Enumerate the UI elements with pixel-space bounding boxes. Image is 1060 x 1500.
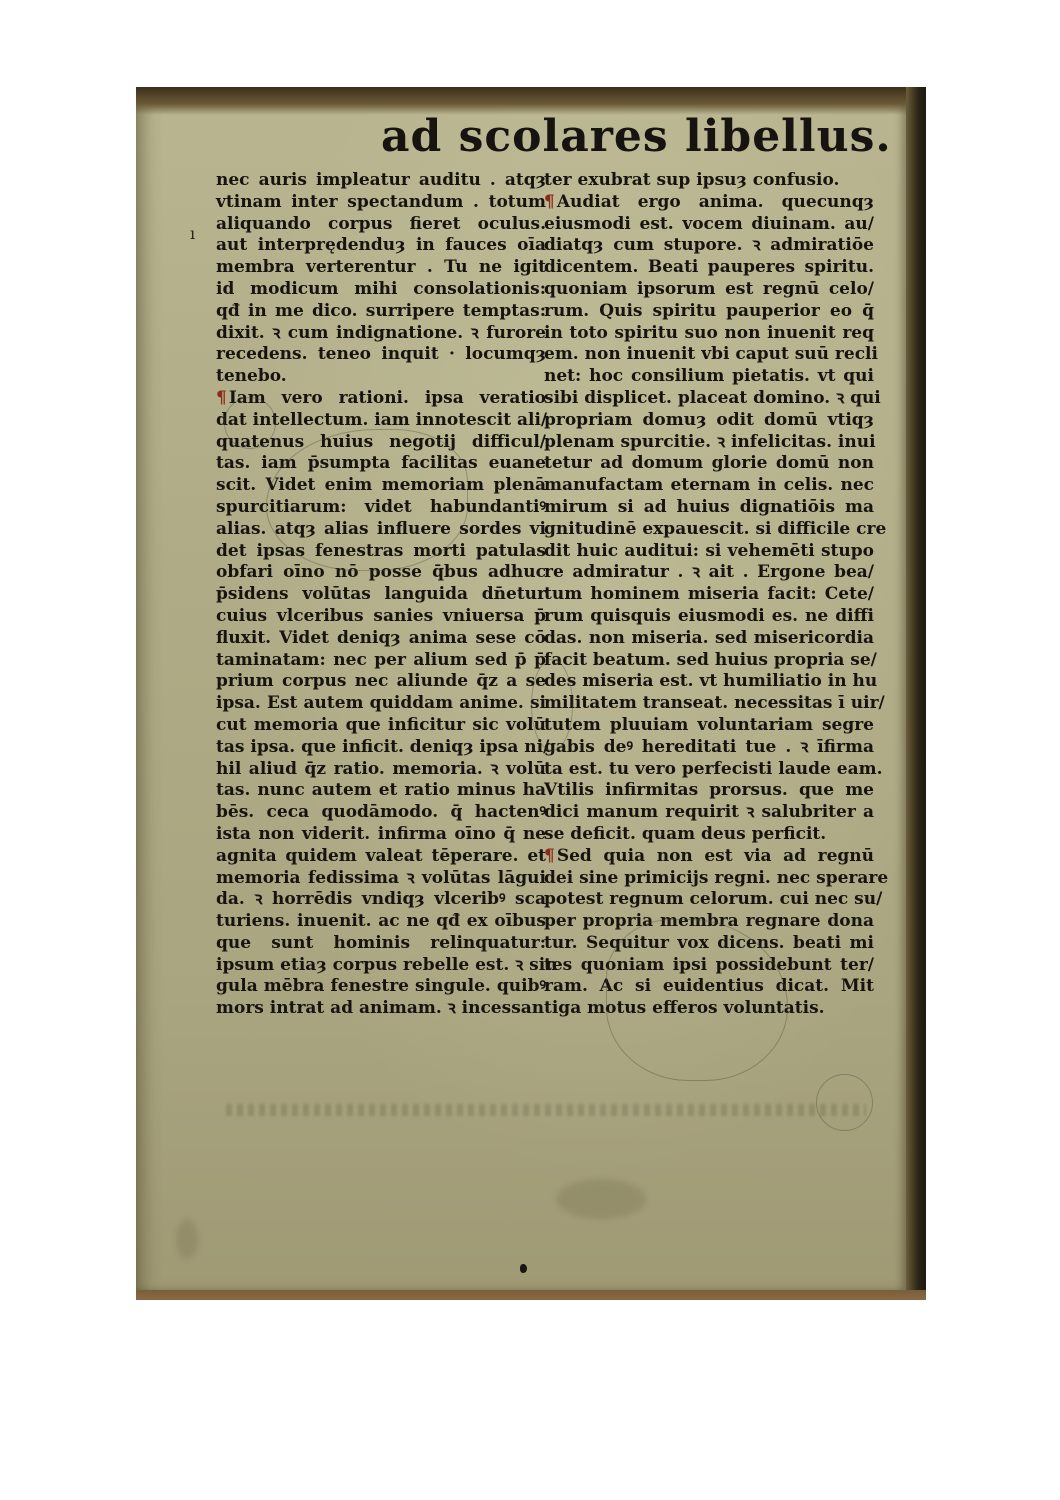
text-line: turiens. inuenit. ac ne qđ ex oībus: [216, 911, 546, 933]
text-line: aut interprędenduȝ in fauces oīa: [216, 235, 546, 257]
text-line: mors intrat ad animam. ꝛ incessan: [216, 998, 546, 1020]
text-line: dixit. ꝛ cum indignatione. ꝛ furore: [216, 323, 546, 345]
paper-leaf: ad scolares libellus. ı nec auris implea…: [136, 99, 906, 1292]
text-line: militatem transeat. necessitas ī uir/: [544, 693, 874, 715]
text-line: re admiratur . ꝛ ait . Ergone bea/: [544, 562, 874, 584]
text-line: ipsum etiaȝ corpus rebelle est. ꝛ sin: [216, 955, 546, 977]
paragraph-mark-icon: ¶: [544, 192, 555, 212]
text-line: ¶Sed quia non est via ad regnū: [544, 846, 874, 868]
text-line: in toto spiritu suo non inuenit req: [544, 323, 874, 345]
text-line-content: Audiat ergo anima. quecunqȝ: [557, 192, 874, 212]
text-line: dit huic auditui: si vehemēti stupo: [544, 541, 874, 563]
bottom-edge: [136, 1290, 926, 1300]
text-line: em. non inuenit vbi caput suū recli: [544, 344, 874, 366]
text-line: hil aliud q̄z ratio. memoria. ꝛ volū: [216, 759, 546, 781]
text-line: membra verterentur . Tu ne igit: [216, 257, 546, 279]
text-line: aliquando corpus fieret oculus.: [216, 214, 546, 236]
running-head: ad scolares libellus.: [381, 111, 892, 162]
text-line: ter exubrat sup ipsuȝ confusio.: [544, 170, 874, 192]
text-line: diatqȝ cum stupore. ꝛ admiratiōe: [544, 235, 874, 257]
footer-mark: [520, 1264, 527, 1273]
right-column: ter exubrat sup ipsuȝ confusio.¶Audiat e…: [544, 170, 874, 1020]
pencil-annotation: [816, 1074, 873, 1131]
text-line: gula mēbra fenestre singule. quibꝰ: [216, 976, 546, 998]
text-line: se deficit. quam deus perficit.: [544, 824, 874, 846]
text-line: agnita quidem valeat tēperare. et: [216, 846, 546, 868]
text-line: dici manum requirit ꝛ salubriter a: [544, 802, 874, 824]
text-line: ipsa. Est autem quiddam anime. si: [216, 693, 546, 715]
text-line: tum hominem miseria facit: Cete/: [544, 584, 874, 606]
text-line: gabis deꝰ hereditati tue . ꝛ īfirma: [544, 737, 874, 759]
text-line: recedens. teneo inquit · locumqȝ: [216, 344, 546, 366]
text-line: mirum si ad huius dignatiōis ma: [544, 497, 874, 519]
text-line: rum. Quis spiritu pauperior eo q̄: [544, 301, 874, 323]
text-line: cuius vlceribus sanies vniuersa p̄: [216, 606, 546, 628]
text-line: manufactam eternam in celis. nec: [544, 475, 874, 497]
text-line: fluxit. Videt deniqȝ anima sese cō: [216, 628, 546, 650]
text-line: bēs. ceca quodāmodo. q̄ hactenꝰ: [216, 802, 546, 824]
text-line: vtinam inter spectandum . totum: [216, 192, 546, 214]
text-line: prium corpus nec aliunde q̄z a se: [216, 671, 546, 693]
top-binding-shadow: [136, 87, 926, 115]
text-line: tas. nunc autem et ratio minus ha: [216, 780, 546, 802]
pencil-annotation: [224, 397, 276, 449]
text-line: eiusmodi est. vocem diuinam. au/: [544, 214, 874, 236]
margin-mark: ı: [190, 224, 195, 243]
text-line: taminatam: nec per alium sed p̄ p̄: [216, 650, 546, 672]
text-line: quoniam ipsorum est regnū celo/: [544, 279, 874, 301]
paragraph-mark-icon: ¶: [544, 846, 555, 866]
text-line: memoria fedissima ꝛ volūtas lāgui: [216, 868, 546, 890]
text-line: potest regnum celorum. cui nec su/: [544, 889, 874, 911]
text-line: que sunt hominis relinquatur:: [216, 933, 546, 955]
text-line: ista non viderit. infirma oīno q̄ ne: [216, 824, 546, 846]
text-line: id modicum mihi consolationis:: [216, 279, 546, 301]
text-line: ¶Audiat ergo anima. quecunqȝ: [544, 192, 874, 214]
text-line: dicentem. Beati pauperes spiritu.: [544, 257, 874, 279]
left-column: nec auris impleatur auditu . atqȝvtinam …: [216, 170, 546, 1020]
text-line-content: Iam vero rationi. ipsa veratio: [229, 388, 546, 408]
text-line: sibi displicet. placeat domino. ꝛ qui: [544, 388, 874, 410]
text-line: gnitudinē expauescit. si difficile cre: [544, 519, 874, 541]
right-binding-edge: [906, 87, 926, 1300]
text-line: tenebo.: [216, 366, 546, 388]
paragraph-mark-icon: ¶: [216, 388, 227, 408]
text-line: net: hoc consilium pietatis. vt qui: [544, 366, 874, 388]
text-line: qđ in me dico. surripere temptas:: [216, 301, 546, 323]
show-through-text: [226, 1104, 866, 1116]
text-line-content: Sed quia non est via ad regnū: [557, 846, 874, 866]
stain: [176, 1219, 198, 1259]
text-line: cut memoria que inficitur sic volū: [216, 715, 546, 737]
text-line: tetur ad domum glorie domū non: [544, 453, 874, 475]
text-line: des miseria est. vt humiliatio in hu: [544, 671, 874, 693]
text-line: facit beatum. sed huius propria se/: [544, 650, 874, 672]
text-line: ta est. tu vero perfecisti laude eam.: [544, 759, 874, 781]
text-line: tas ipsa. que inficit. deniqȝ ipsa ni/: [216, 737, 546, 759]
text-line: tutem pluuiam voluntariam segre: [544, 715, 874, 737]
text-line: dei sine primicijs regni. nec sperare: [544, 868, 874, 890]
text-line: rum quisquis eiusmodi es. ne diffi: [544, 606, 874, 628]
pencil-annotation: [531, 659, 573, 751]
scanned-page: ad scolares libellus. ı nec auris implea…: [136, 87, 926, 1300]
text-line: nec auris impleatur auditu . atqȝ: [216, 170, 546, 192]
text-line: propriam domuȝ odit domū vtiqȝ: [544, 410, 874, 432]
text-line: da. ꝛ horrēdis vndiqȝ vlceribꝰ sca: [216, 889, 546, 911]
stain: [556, 1179, 646, 1219]
text-line: das. non miseria. sed misericordia: [544, 628, 874, 650]
text-line: plenam spurcitie. ꝛ infelicitas. inui: [544, 432, 874, 454]
text-line: Vtilis infirmitas prorsus. que me: [544, 780, 874, 802]
text-line: p̄sidens volūtas languida dn̄etur: [216, 584, 546, 606]
